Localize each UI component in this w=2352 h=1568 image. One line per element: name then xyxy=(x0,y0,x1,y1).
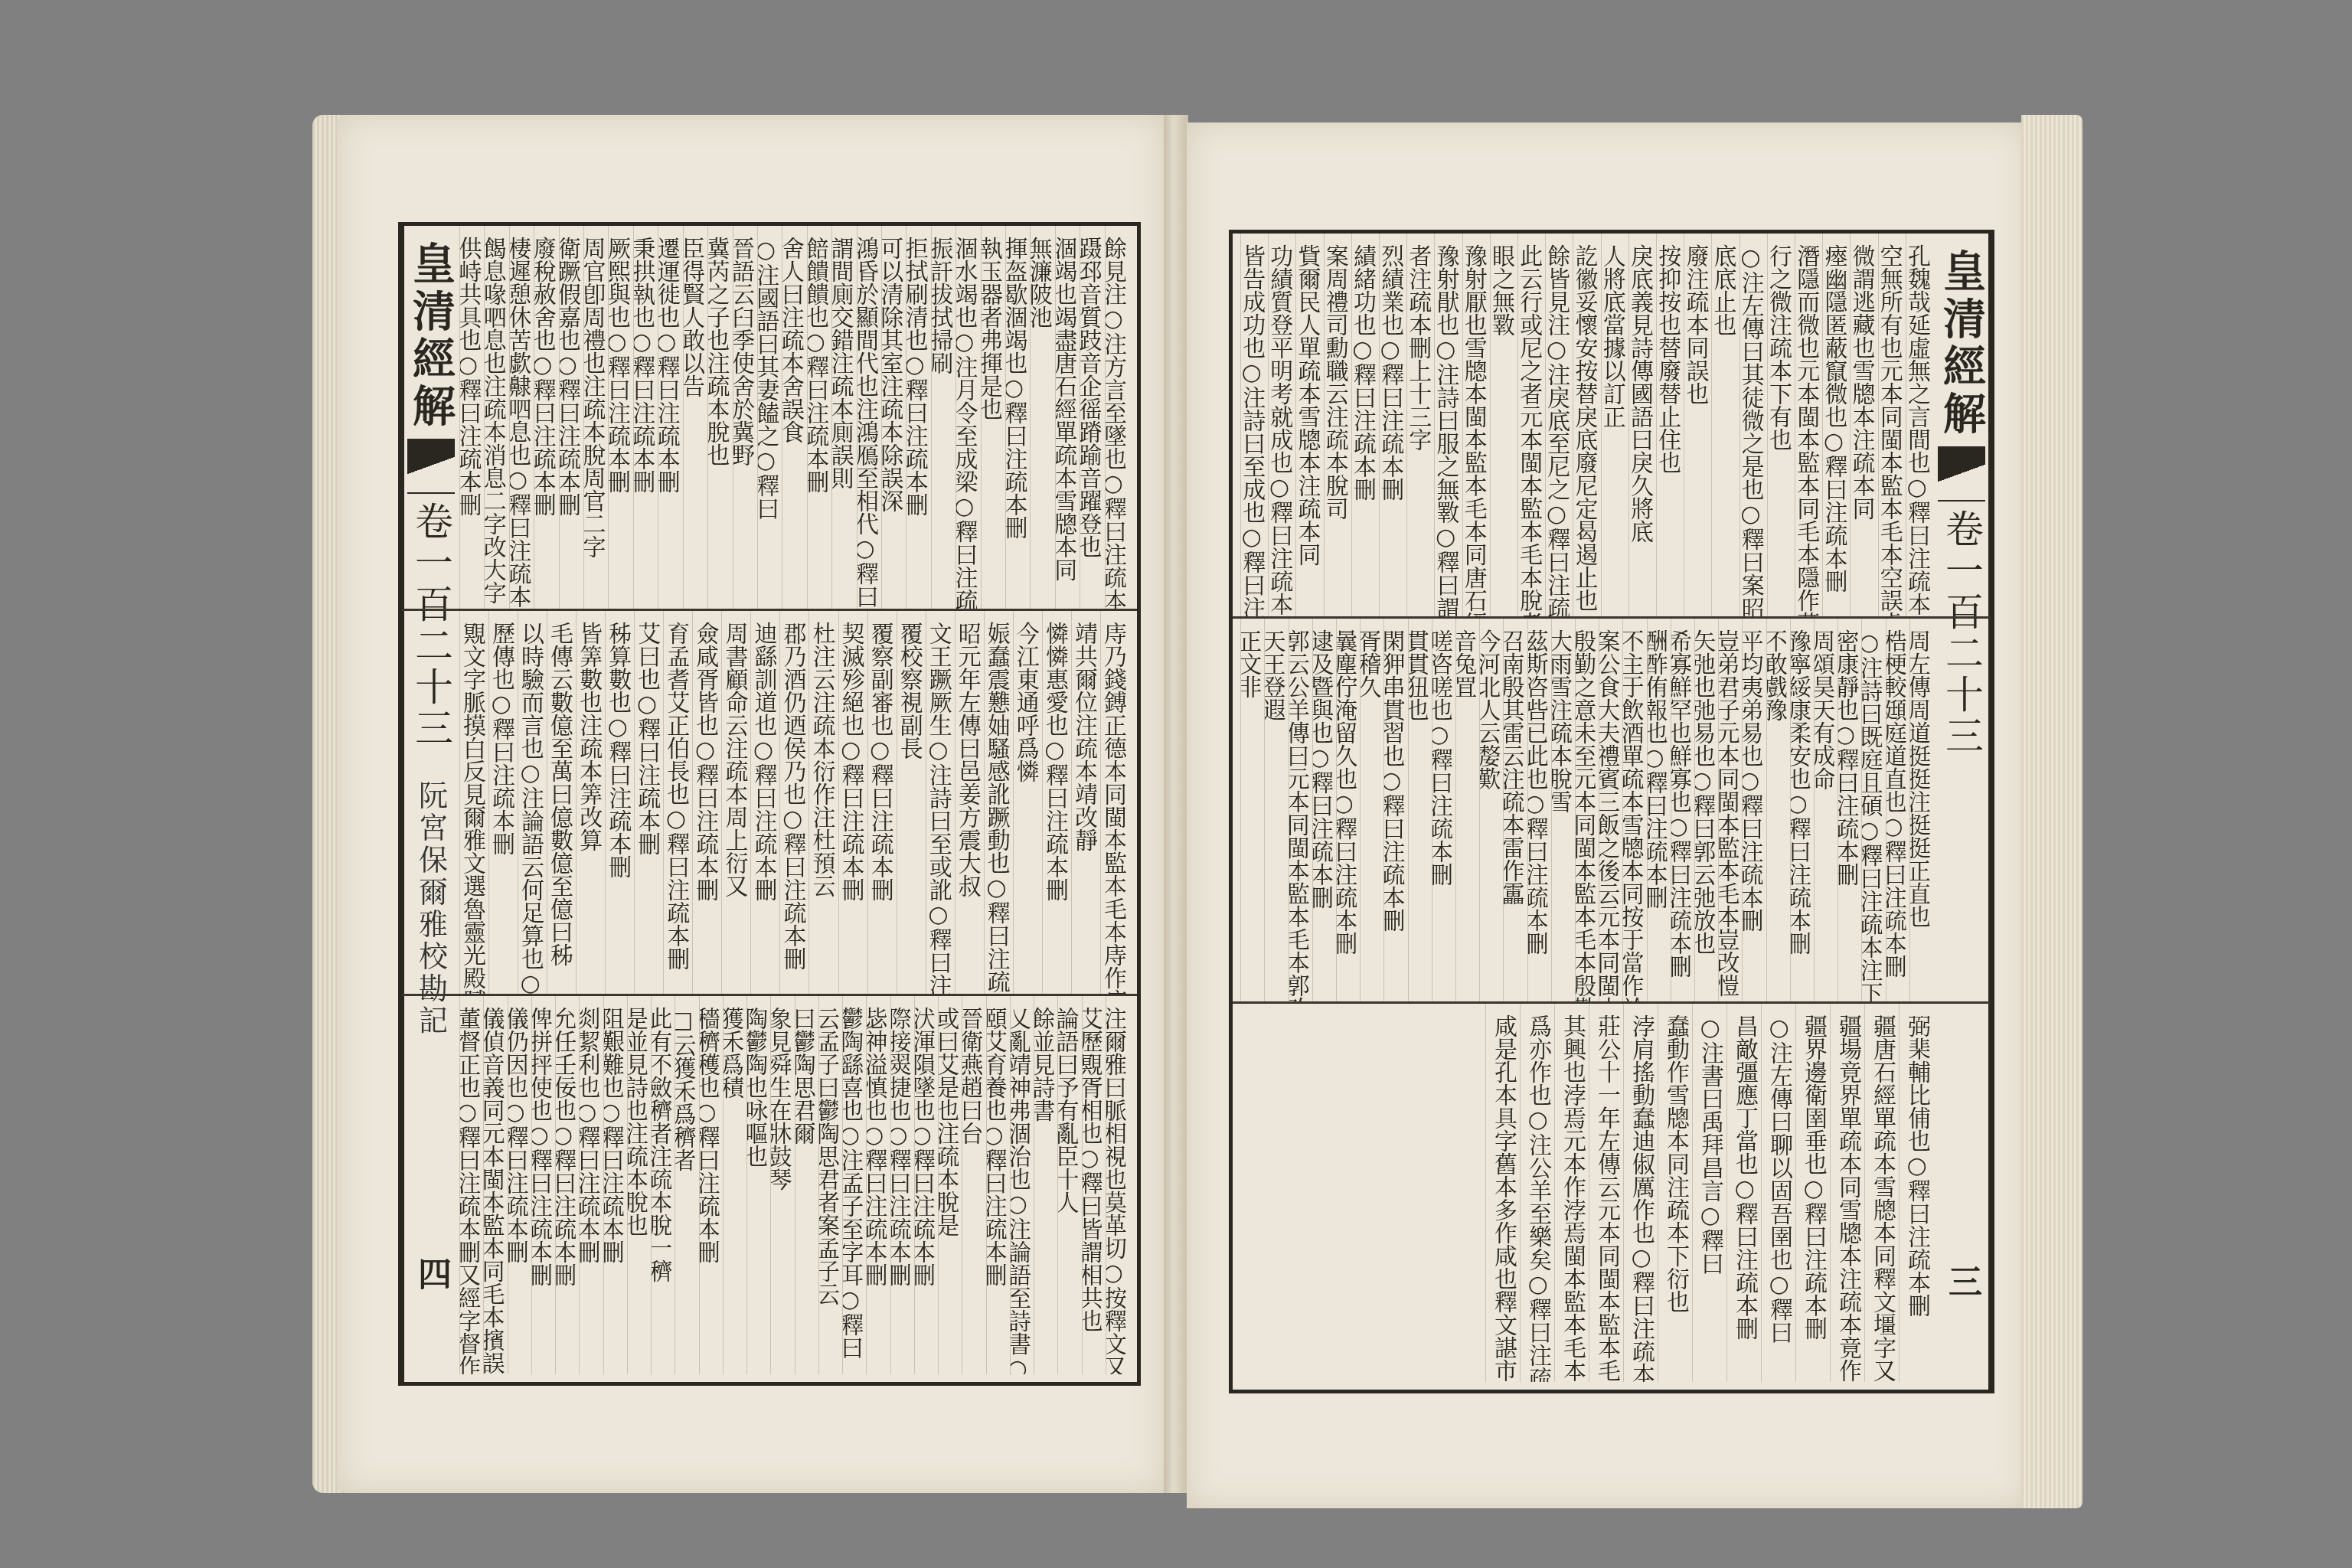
text-column: 剡絜利也○釋曰注疏本刪 xyxy=(579,996,603,1374)
text-column: 俾拼抨使也○釋曰注疏本刪 xyxy=(531,996,555,1374)
text-column: 供峙共具也○釋曰注疏本刪 xyxy=(459,226,484,609)
right-banner: 皇清經解 卷一百二十三 三 xyxy=(1935,234,1991,1390)
text-column: 際接翜捷也○釋曰注疏本刪 xyxy=(890,996,914,1374)
text-column: 遷運徙也○釋曰注疏本刪 xyxy=(658,226,682,609)
text-column: 拒拭刷清也○釋曰注疏本刪 xyxy=(906,226,930,609)
text-column: 莊公十一年左傳云元本同閩本監本毛本云改日 xyxy=(1589,1004,1623,1382)
text-column: 豫寧綏康柔安也○釋曰注疏本刪 xyxy=(1790,619,1814,1001)
text-column: 此云行或尼之者元本閩本監本毛本脫者字 xyxy=(1517,234,1545,616)
text-column: 郭云公羊傳曰元本同閩本監本毛本郭改注 xyxy=(1289,619,1312,1001)
text-column: 其興也浡焉元本作浡焉閩本監本毛本改浡然 xyxy=(1554,1004,1589,1382)
text-column: 浡肩搖動蠢迪俶厲作也○釋曰注疏本刪 xyxy=(1623,1004,1658,1382)
text-column: 戾底義見詩傳國語曰戾久將底 xyxy=(1628,234,1656,616)
text-column: 秭算數也○釋曰注疏本刪 xyxy=(605,611,634,994)
text-column: 艾歷覭胥相也○釋曰皆謂相共也 xyxy=(1082,996,1106,1374)
text-column: 皆告成功也○注詩曰至成也○釋曰注疏本刪下八字 xyxy=(1240,234,1268,616)
text-column: 象見舜生在牀鼓琴 xyxy=(770,996,794,1374)
text-column: 庤乃錢鎛正德本同閩本監本毛本庤作痔誤 xyxy=(1100,611,1129,994)
text-column: 豈弟君子元本同閩本監本毛本豈改愷 xyxy=(1718,619,1742,1001)
book-title: 皇清經解 xyxy=(400,241,462,431)
text-column: 訖徽妥懷安按替戾底廢尼定曷遏止也○釋曰注疏本刪下八字 xyxy=(1573,234,1600,616)
text-column: 昭元年左傳曰邑姜方震大叔 xyxy=(955,611,984,994)
text-column: 廢稅赦舍也○釋曰注疏本刪 xyxy=(534,226,558,609)
text-column: 阻艱難也○釋曰注疏本刪 xyxy=(603,996,627,1374)
fish-tail-ornament-icon xyxy=(1938,446,1985,501)
text-column: 郡乃酒仍迺侯乃也○釋曰注疏本刪 xyxy=(779,611,808,994)
text-column: 瘞幽隱匿蔽竄微也○釋曰注疏本刪 xyxy=(1822,234,1850,616)
text-column: 不敢戲豫 xyxy=(1766,619,1790,1001)
text-column: 儀偵音義同元本閩本監本同毛本擯誤檳 xyxy=(483,996,507,1374)
text-column: 周官卽周禮也注疏本脫周官二字 xyxy=(583,226,608,609)
right-tier-1: 孔魏哉延虛無之言間也○釋曰注疏本刪空無所有也元本同閩本監本毛本空誤虛微謂逃藏也雪… xyxy=(1240,234,1933,616)
text-column: 績緒功也○釋曰注疏本刪 xyxy=(1351,234,1379,616)
text-column: 咸是孔本具字舊本多作咸也釋文諶市林反本今作忱按風俗通卷五引書天威棐諶與此合今本作… xyxy=(1485,1004,1520,1382)
text-column: 豫射厭也雪牕本閩本監本毛本同唐石經單疏本元本厭作厭 xyxy=(1462,234,1490,616)
text-column: 正文非 xyxy=(1240,619,1264,1001)
text-column: 周左傳周道挺挺注挺挺正直也 xyxy=(1909,619,1933,1001)
right-tier-3: 弼棐輔比俌也○釋曰注疏本刪疆唐石經單疏本雪牕本同釋文壃字又作疆疆場竟界單疏本同雪… xyxy=(1240,1004,1933,1382)
section-title: 阮宮保爾雅校勘記 xyxy=(410,780,452,1037)
text-column: 天王登遐 xyxy=(1264,619,1288,1001)
text-column: 希寡鮮罕也鮮寡也○釋曰注疏本刪 xyxy=(1671,619,1694,1001)
right-page-frame: 皇清經解 卷一百二十三 三 孔魏哉延虛無之言間也○釋曰注疏本刪空無所有也元本同閩… xyxy=(1229,230,1994,1393)
text-column: 廢注疏本同誤也 xyxy=(1684,234,1711,616)
text-column: 疆唐石經單疏本雪牕本同釋文壃字又作疆 xyxy=(1864,1004,1899,1382)
text-column: 召南殷其雷云注疏本雷作靁 xyxy=(1503,619,1527,1001)
text-column: 歷傳也○釋曰注疏本刪 xyxy=(488,611,518,994)
text-column: 允任壬佞也○釋曰注疏本刪 xyxy=(555,996,579,1374)
text-column: 功績質登平明考就成也○釋曰注疏本刪 xyxy=(1268,234,1295,616)
text-column: 此有不斂穧者注疏本脫一穧 xyxy=(651,996,675,1374)
text-column: 豫射猒也○注詩曰服之無斁○釋曰謂猒倦也云詩曰 xyxy=(1434,234,1462,616)
text-column: 晉衛燕趙曰台 xyxy=(962,996,985,1374)
text-column: 揮盔歇涸竭也○釋曰注疏本刪 xyxy=(1005,226,1030,609)
book-gutter xyxy=(1164,115,1188,1493)
text-column: 陶鬱陶也咏嘔也 xyxy=(746,996,770,1374)
text-column: 音兔罝 xyxy=(1455,619,1479,1001)
text-column: 按抑按也替廢替止住也 xyxy=(1656,234,1684,616)
text-column: 蠢動作雪牕本同注疏本下衍也 xyxy=(1658,1004,1692,1382)
text-column: 靖共爾位注疏本靖改靜 xyxy=(1071,611,1100,994)
text-column: 是並見詩也注疏本脫也 xyxy=(627,996,651,1374)
text-column: 弼棐輔比俌也○釋曰注疏本刪 xyxy=(1899,1004,1933,1382)
text-column: 人將底當據以訂正 xyxy=(1601,234,1628,616)
left-banner: 皇清經解 卷一百二十三 阮宮保爾雅校勘記 四 xyxy=(402,226,458,1382)
text-column: 論語曰予有亂臣十人 xyxy=(1057,996,1081,1374)
text-column: 今河北人云嫠歎 xyxy=(1479,619,1503,1001)
page-number: 三 xyxy=(1937,1264,1986,1298)
text-column: 嗟咨嗟也○釋曰注疏本刪 xyxy=(1432,619,1455,1001)
book-spread: 皇清經解 卷一百二十三 阮宮保爾雅校勘記 四 餘見注○注方言至墜也○釋曰注疏本刪… xyxy=(0,0,2352,1568)
text-column: 僉咸胥皆也○釋曰注疏本刪 xyxy=(692,611,721,994)
text-column: 臣得賢人敢以告 xyxy=(683,226,707,609)
text-column: 涸水竭也○注月令至成梁○釋曰注疏本刪下八字 xyxy=(955,226,980,609)
text-column: 涸竭也竭盡唐石經單疏本雪牕本同 xyxy=(1055,226,1080,609)
text-column: 以時驗而言也○注論語云何足算也○釋曰注疏本刪下十字 xyxy=(518,611,547,994)
text-column: ○注左傳曰聊以固吾圉也○釋曰 xyxy=(1761,1004,1795,1382)
text-column: 逮及暨與也○釋曰注疏本刪 xyxy=(1312,619,1336,1001)
text-column: 疆界邊衛圉垂也○釋曰注疏本刪 xyxy=(1795,1004,1830,1382)
text-column: 育孟耆艾正伯長也○釋曰注疏本刪 xyxy=(663,611,692,994)
text-column: 舍人曰注疏本舍誤食 xyxy=(782,226,806,609)
text-column: 秉拱執也○釋曰注疏本刪 xyxy=(633,226,658,609)
text-column: 行之微注疏本下有也 xyxy=(1767,234,1795,616)
text-column: 殷勤之意未至元本同閩本監本毛本殷勤改慇懃 xyxy=(1575,619,1599,1001)
left-tier-1: 餘見注○注方言至墜也○釋曰注疏本刪下八字蹑邳音質跂音企徭蹐踰音躍登也涸竭也竭盡唐… xyxy=(459,226,1129,609)
text-column: 獲禾爲積 xyxy=(723,996,746,1374)
book-title: 皇清經解 xyxy=(1931,249,1992,439)
text-column: 杜注云注疏本衍作注杜預云 xyxy=(808,611,838,994)
text-column: 憐憐惠愛也○釋曰注疏本刪 xyxy=(1042,611,1071,994)
text-column: □云獲禾爲穧者 xyxy=(675,996,698,1374)
text-column: 矢弛也弛易也○釋曰郭云弛放也 xyxy=(1694,619,1718,1001)
text-column: 晉語云臼季使舍於冀野 xyxy=(733,226,757,609)
page-number: 四 xyxy=(407,1256,456,1290)
text-column: 曰鬱陶思君爾 xyxy=(795,996,818,1374)
text-column: 覭文字脈摸白反見爾雅文選魯靈光殿賦 xyxy=(459,611,488,994)
text-column: 不主于飲酒單疏本雪牕本同按于當作於 xyxy=(1622,619,1646,1001)
text-column: 眼之無斁 xyxy=(1490,234,1517,616)
left-tier-3: 注爾雅曰脈相視也莫革切○按釋文又作脈乃脈之譌也艾歷覭胥相也○釋曰皆謂相共也論語曰… xyxy=(459,996,1129,1374)
text-column: 云孟子曰鬱陶思君者案孟子云 xyxy=(818,996,842,1374)
text-column: 迪繇訓道也○釋曰注疏本刪 xyxy=(750,611,779,994)
text-column: 周書顧命云注疏本周上衍又 xyxy=(721,611,750,994)
left-tier-2: 庤乃錢鎛正德本同閩本監本毛本庤作痔誤靖共爾位注疏本靖改靜憐憐惠愛也○釋曰注疏本刪… xyxy=(459,611,1129,994)
text-column: 孔魏哉延虛無之言間也○釋曰注疏本刪 xyxy=(1906,234,1933,616)
text-column: 餢饋饋也○釋曰注疏本刪 xyxy=(807,226,831,609)
text-column: 微謂逃藏也雪牕本注疏本同 xyxy=(1850,234,1877,616)
text-column: 艾曰也○釋曰注疏本刪 xyxy=(634,611,663,994)
text-column: 穡穧穫也○釋曰注疏本刪 xyxy=(699,996,723,1374)
right-fore-edge xyxy=(2021,115,2082,1508)
text-column: 餘並見詩書 xyxy=(1034,996,1057,1374)
text-column: 平均夷弟易也○釋曰注疏本刪 xyxy=(1742,619,1766,1001)
text-column: 娠蠢震戁妯騷感訛蹶動也○釋曰注疏本刪 xyxy=(984,611,1013,994)
volume-label: 卷一百二十三 xyxy=(1934,509,1989,757)
text-column: 今江東通呼爲憐 xyxy=(1013,611,1042,994)
text-column: 謂間廁交錯注疏本廁誤則 xyxy=(831,226,856,609)
text-column: 董督正也○釋曰注疏本刪又經字督作督此與唐石經合 xyxy=(459,996,483,1374)
text-column: ○注詩曰既庭且碩○釋曰注疏本注下增云周詩曰釋曰 xyxy=(1861,619,1885,1001)
text-column: 大雨雪注疏本脫雪 xyxy=(1551,619,1575,1001)
right-page: 皇清經解 卷一百二十三 三 孔魏哉延虛無之言間也○釋曰注疏本刪空無所有也元本同閩… xyxy=(1187,122,2029,1508)
text-column: 餲息喙呬息也注疏本消息二字改大字 xyxy=(484,226,508,609)
text-column: 冀芮之子也注疏本脫也 xyxy=(707,226,732,609)
text-column: 契滅殄絕也○釋曰注疏本刪 xyxy=(838,611,867,994)
text-column: 曩塵佇淹留久也○釋曰注疏本刪 xyxy=(1336,619,1360,1001)
text-column: 汱渾隕墜也○釋曰注疏本刪 xyxy=(914,996,938,1374)
volume-label: 卷一百二十三 xyxy=(403,501,459,750)
text-column: 案公食大夫禮賓三飯之後云元本同閩本監本毛本 xyxy=(1599,619,1622,1001)
text-column: 胥稽久 xyxy=(1360,619,1383,1001)
text-column: 周頌昊天有成命 xyxy=(1814,619,1837,1001)
text-column: 厥熙與也○釋曰注疏本刪 xyxy=(608,226,632,609)
text-column: 案周禮司勳職云注疏本脫司 xyxy=(1324,234,1351,616)
text-column: 貫貫狃也 xyxy=(1408,619,1432,1001)
text-column: 注爾雅曰脈相視也莫革切○按釋文又作脈乃脈之譌也 xyxy=(1106,996,1129,1374)
text-column: 梏梗較頲庭道直也○釋曰注疏本刪 xyxy=(1886,619,1909,1001)
text-column: 者注疏本刪上十三字 xyxy=(1406,234,1434,616)
left-page-frame: 皇清經解 卷一百二十三 阮宮保爾雅校勘記 四 餘見注○注方言至墜也○釋曰注疏本刪… xyxy=(398,222,1141,1386)
text-column: 空無所有也元本同閩本監本毛本空誤虛 xyxy=(1878,234,1906,616)
text-column: ○注國語曰其妻饁之○釋曰 xyxy=(757,226,782,609)
text-column: 貲爾民人單疏本雪牕本注疏本同 xyxy=(1295,234,1323,616)
text-column: 振訐拔拭掃刷 xyxy=(931,226,955,609)
text-column: 衛蹶假嘉也○釋曰注疏本刪 xyxy=(559,226,583,609)
text-column: 酬酢侑報也○釋曰注疏本刪 xyxy=(1647,619,1671,1001)
text-column: 皆筭數也注疏本筭改算 xyxy=(576,611,605,994)
text-column: 儀仍因也○釋曰注疏本刪 xyxy=(508,996,531,1374)
text-column: 密康靜也○釋曰注疏本刪 xyxy=(1837,619,1861,1001)
text-column: ○注左傳曰其徒微之是也○釋曰案昭十七年傳云 xyxy=(1739,234,1767,616)
text-column: 覆察副審也○釋曰注疏本刪 xyxy=(867,611,897,994)
text-column: 疆場竟界單疏本同雪牕本注疏本竟作境 xyxy=(1830,1004,1864,1382)
text-column: 乂亂靖神弗涸治也○注論語至詩書○釋曰注疏本刪 xyxy=(1010,996,1034,1374)
right-tier-2: 周左傳周道挺挺注挺挺正直也梏梗較頲庭道直也○釋曰注疏本刪○注詩曰既庭且碩○釋曰注… xyxy=(1240,619,1933,1001)
text-column: 烈績業也○釋曰注疏本刪 xyxy=(1379,234,1406,616)
text-column: ○注書曰禹拜昌言○釋曰 xyxy=(1692,1004,1726,1382)
text-column: 毖神溢慎也○釋曰注疏本刪 xyxy=(866,996,890,1374)
text-column: 無濂陂池 xyxy=(1030,226,1054,609)
left-page: 皇清經解 卷一百二十三 阮宮保爾雅校勘記 四 餘見注○注方言至墜也○釋曰注疏本刪… xyxy=(337,115,1164,1493)
text-column: 或曰艾是也注疏本脫是 xyxy=(938,996,962,1374)
text-column: 餘皆見注○注戾底至尼之○釋曰注疏本刪下八字 xyxy=(1545,234,1573,616)
text-column: 餘見注○注方言至墜也○釋曰注疏本刪下八字 xyxy=(1105,226,1129,609)
text-column: 鬱陶繇喜也○注孟子至字耳○釋曰 xyxy=(842,996,866,1374)
text-column: 底底止也 xyxy=(1711,234,1739,616)
text-column: 爲亦作也○注公羊至樂矣○釋曰注疏本刪下八字 xyxy=(1520,1004,1554,1382)
text-column: 蹑邳音質跂音企徭蹐踰音躍登也 xyxy=(1080,226,1104,609)
text-column: 可以清除其室注疏本除誤深 xyxy=(881,226,906,609)
text-column: 閑狎串貫習也○釋曰注疏本刪 xyxy=(1383,619,1407,1001)
text-column: 昌敵彊應丁當也○釋曰注疏本刪 xyxy=(1726,1004,1761,1382)
text-column: 頤艾育養也○釋曰注疏本刪 xyxy=(986,996,1010,1374)
text-column: 鴻昏於顯間代也注鴻鴈至相代○釋曰注疏本刪 xyxy=(857,226,881,609)
text-column: 茲斯咨呰已此也○釋曰注疏本刪 xyxy=(1527,619,1551,1001)
text-column: 潛隱而微也元本閩本監本同毛本隱作藏非 xyxy=(1795,234,1822,616)
text-column: 毛傳云數億至萬曰億數億至億曰秭 xyxy=(547,611,576,994)
text-column: 執玉器者弗揮是也 xyxy=(981,226,1005,609)
text-column: 文王蹶厥生○注詩曰至或訛○釋曰注疏本刪下八字 xyxy=(926,611,955,994)
text-column: 棲遲憩休苦歔齂呬息也○釋曰注疏本刪 xyxy=(509,226,534,609)
fish-tail-ornament-icon xyxy=(407,439,455,494)
text-column: 覆校察視副長 xyxy=(897,611,926,994)
